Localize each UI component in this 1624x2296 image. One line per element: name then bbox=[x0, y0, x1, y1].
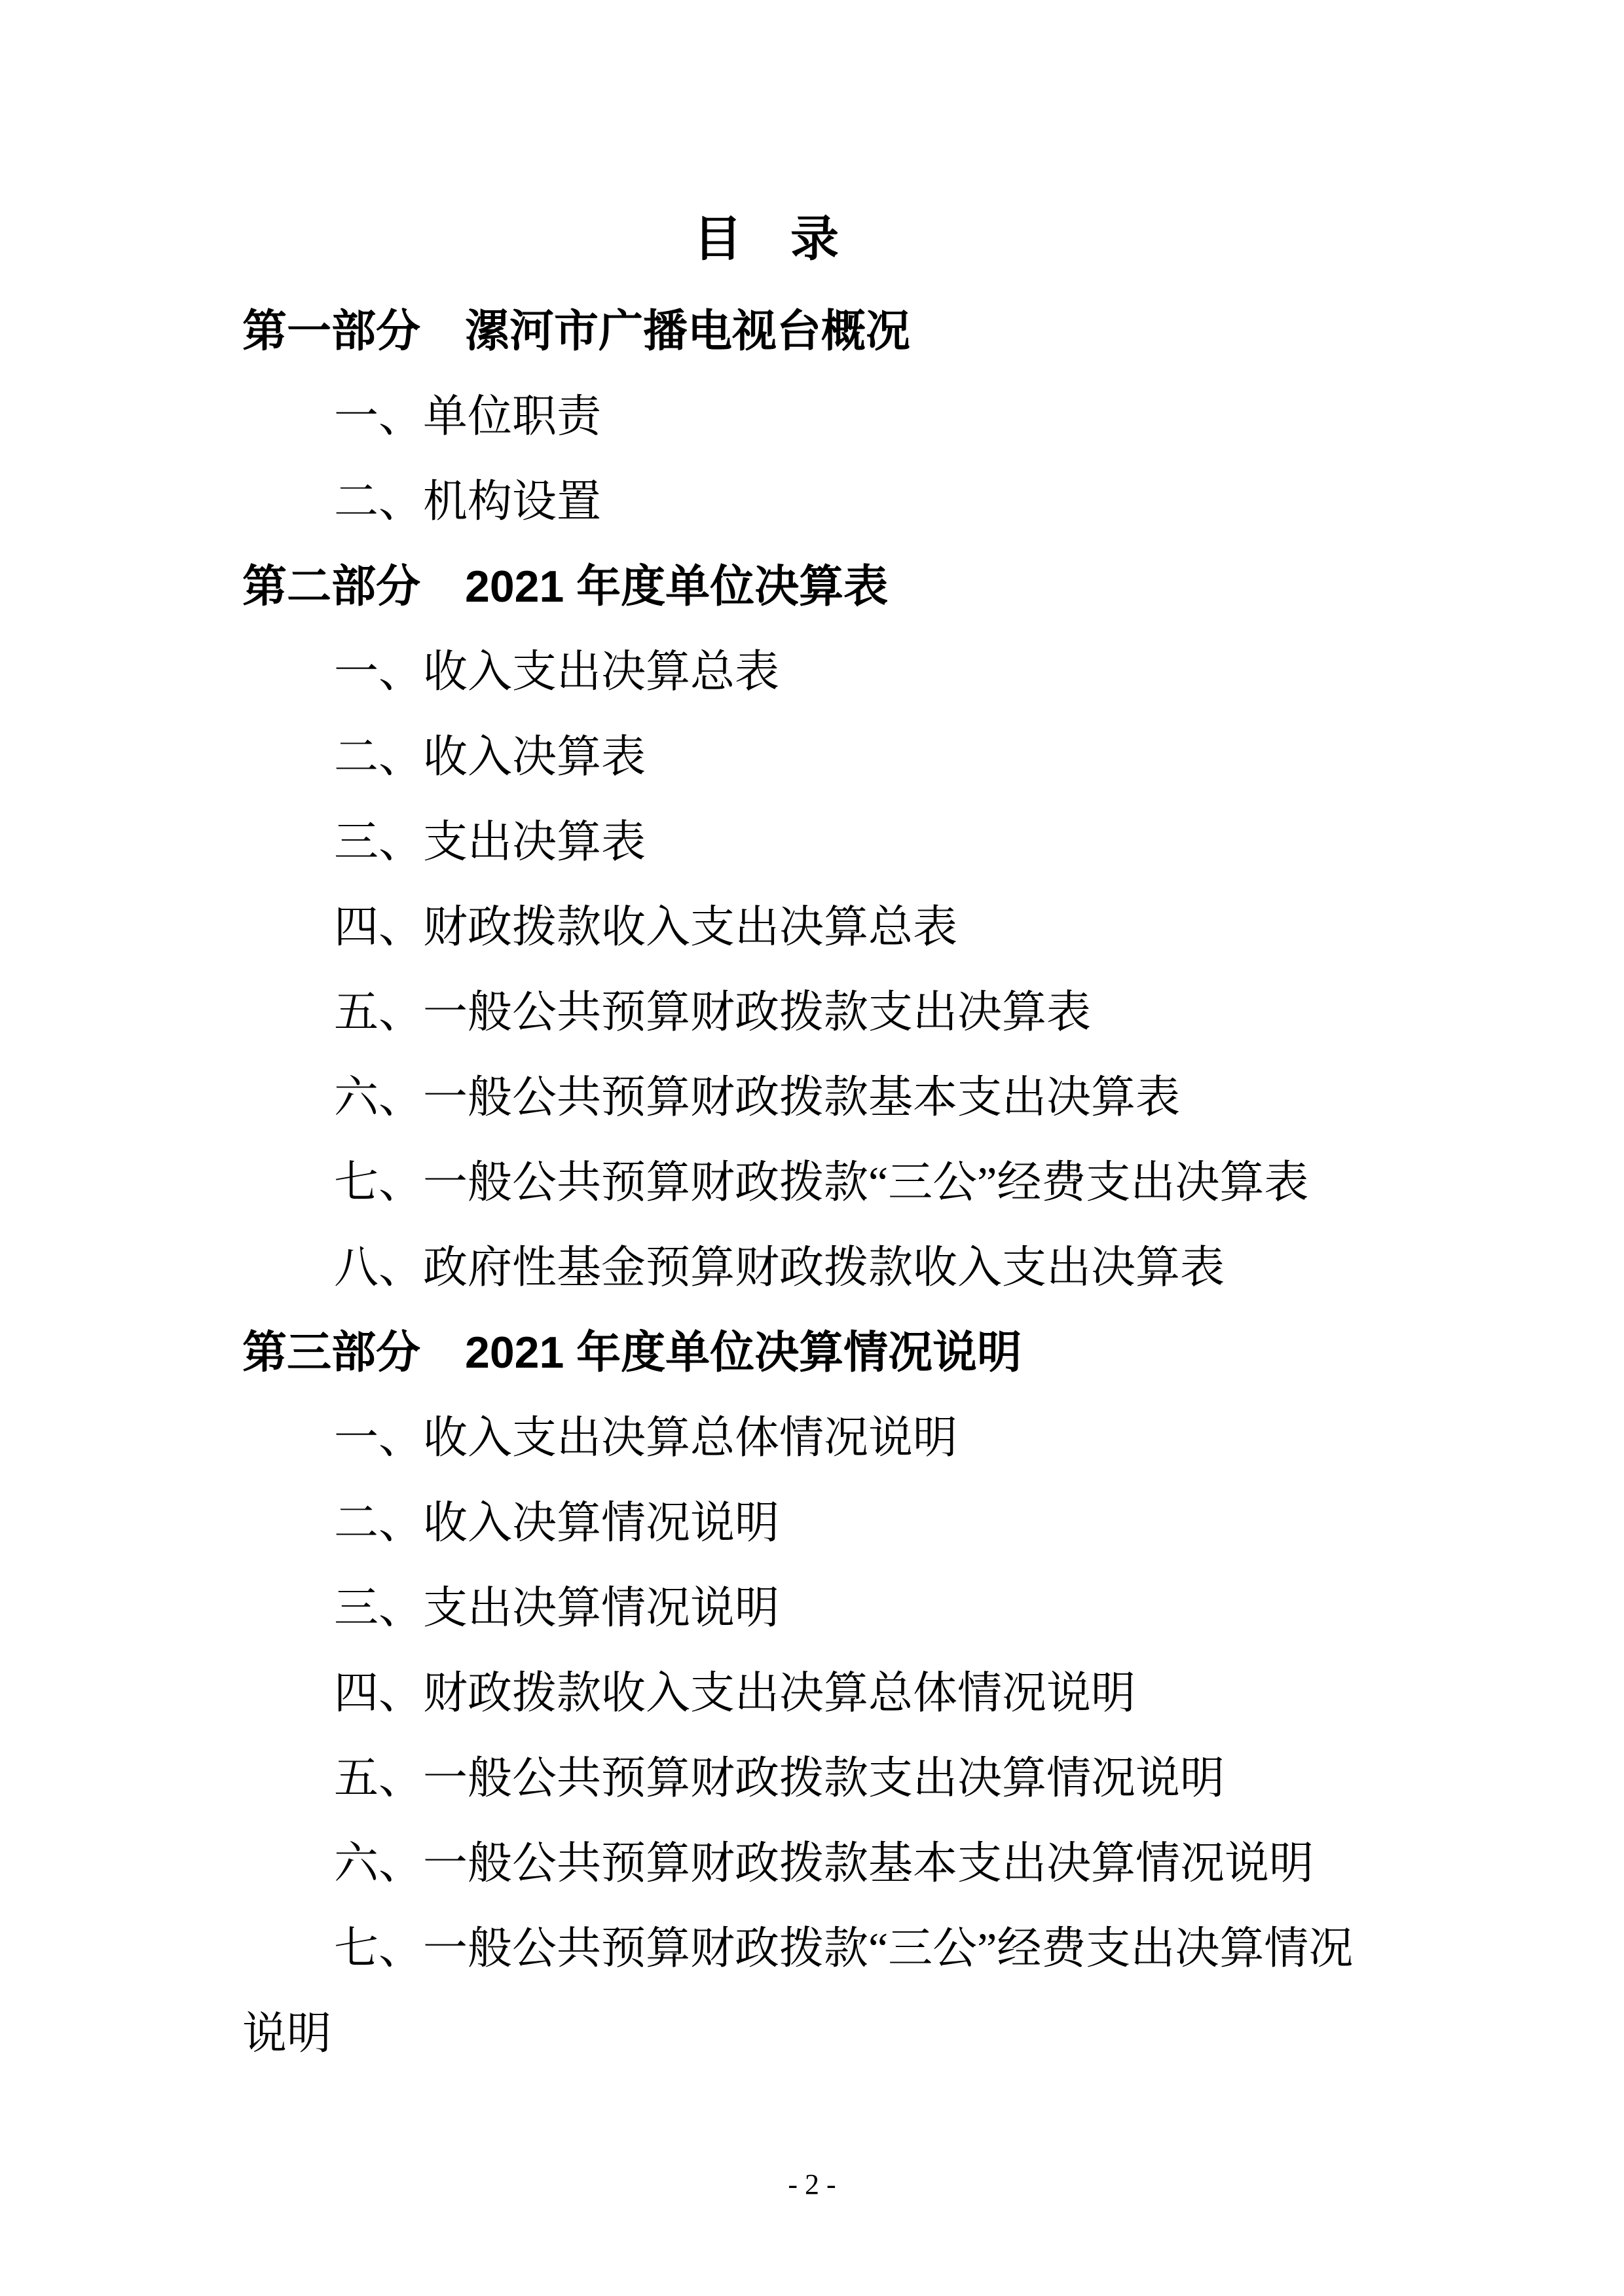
toc-part-2-heading: 第二部分 2021 年度单位决算表 bbox=[242, 540, 1395, 625]
toc-entry-p3-7: 七、一般公共预算财政拨款“三公”经费支出决算情况 bbox=[242, 1902, 1395, 1987]
toc-entry-p3-4: 四、财政拨款收入支出决算总体情况说明 bbox=[242, 1647, 1395, 1732]
toc-entry-p1-2: 二、机构设置 bbox=[242, 455, 1395, 540]
toc-entry-p2-2: 二、收入决算表 bbox=[242, 710, 1395, 795]
toc-entry-p3-3: 三、支出决算情况说明 bbox=[242, 1561, 1395, 1647]
toc-entry-p2-8: 八、政府性基金预算财政拨款收入支出决算表 bbox=[242, 1221, 1395, 1306]
toc-entry-p2-7: 七、一般公共预算财政拨款“三公”经费支出决算表 bbox=[242, 1136, 1395, 1221]
document-page: 目 录 第一部分 漯河市广播电视台概况 一、单位职责 二、机构设置 第二部分 2… bbox=[0, 0, 1624, 2296]
toc-entry-p1-1: 一、单位职责 bbox=[242, 370, 1395, 455]
page-number: - 2 - bbox=[0, 2170, 1624, 2199]
toc-entry-p2-4: 四、财政拨款收入支出决算总表 bbox=[242, 881, 1395, 966]
table-of-contents: 第一部分 漯河市广播电视台概况 一、单位职责 二、机构设置 第二部分 2021 … bbox=[242, 285, 1395, 2072]
toc-entry-p3-7-continuation: 说明 bbox=[242, 1987, 1395, 2072]
toc-entry-p2-1: 一、收入支出决算总表 bbox=[242, 625, 1395, 710]
toc-entry-p3-5: 五、一般公共预算财政拨款支出决算情况说明 bbox=[242, 1732, 1395, 1817]
toc-entry-p2-6: 六、一般公共预算财政拨款基本支出决算表 bbox=[242, 1051, 1395, 1136]
toc-entry-p3-2: 二、收入决算情况说明 bbox=[242, 1476, 1395, 1561]
toc-entry-p3-6: 六、一般公共预算财政拨款基本支出决算情况说明 bbox=[242, 1817, 1395, 1902]
toc-entry-p2-3: 三、支出决算表 bbox=[242, 795, 1395, 881]
toc-part-3-heading: 第三部分 2021 年度单位决算情况说明 bbox=[242, 1306, 1395, 1391]
toc-part-1-heading: 第一部分 漯河市广播电视台概况 bbox=[242, 285, 1395, 370]
toc-entry-p3-1: 一、收入支出决算总体情况说明 bbox=[242, 1391, 1395, 1476]
toc-entry-p2-5: 五、一般公共预算财政拨款支出决算表 bbox=[242, 966, 1395, 1051]
page-title: 目 录 bbox=[0, 196, 1578, 282]
